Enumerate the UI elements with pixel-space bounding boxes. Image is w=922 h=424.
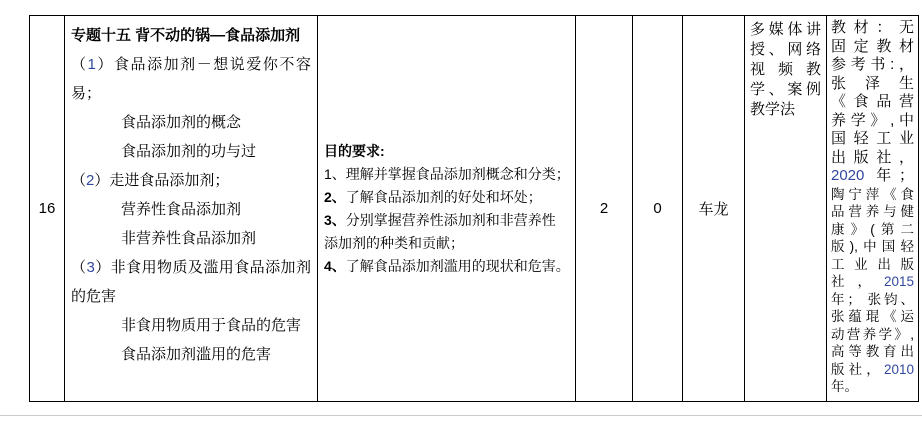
course-schedule-table: 16 专题十五 背不动的锅—食品添加剂（1）食品添加剂－想说爱你不容易；食品添加… xyxy=(29,15,919,402)
theory-hours-cell: 2 xyxy=(576,16,633,401)
page-bottom-divider xyxy=(0,415,922,416)
objectives-cell: 目的要求:1、理解并掌握食品添加剂概念和分类；2、了解食品添加剂的好处和坏处；3… xyxy=(318,16,576,401)
materials-cell: 教材：无固定教材参考书:，张泽生《食品营养学》,中国轻工业出版社，2020 年；… xyxy=(827,16,918,401)
lesson-number-cell: 16 xyxy=(30,16,65,401)
instructor-cell: 车龙 xyxy=(683,16,745,401)
teaching-methods-cell: 多媒体讲授、网络视频教学、案例教学法 xyxy=(745,16,827,401)
document-page: 16 专题十五 背不动的锅—食品添加剂（1）食品添加剂－想说爱你不容易；食品添加… xyxy=(0,0,922,424)
lesson-content-cell: 专题十五 背不动的锅—食品添加剂（1）食品添加剂－想说爱你不容易；食品添加剂的概… xyxy=(65,16,318,401)
practice-hours-cell: 0 xyxy=(633,16,683,401)
